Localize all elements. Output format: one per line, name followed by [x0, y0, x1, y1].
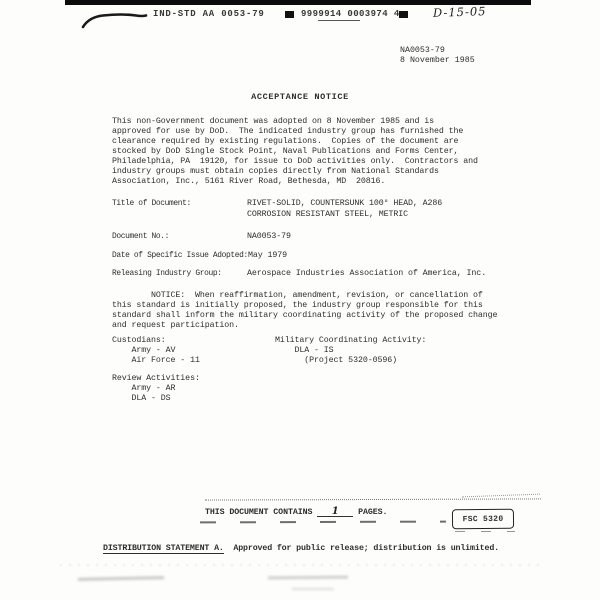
- pages-statement: THIS DOCUMENT CONTAINS 1 PAGES.: [205, 505, 387, 517]
- bottom-smudge-mark: [78, 576, 164, 581]
- document-date: 8 November 1985: [400, 56, 475, 66]
- field-value: NA0053-79: [247, 232, 291, 243]
- dash-row-mark: [200, 521, 446, 523]
- pages-statement-prefix: THIS DOCUMENT CONTAINS: [205, 508, 312, 517]
- page-count-blank: 1: [317, 505, 353, 517]
- review-activities-block: Review Activities: Army - AR DLA - DS: [112, 374, 200, 404]
- distribution-statement-heading: DISTRIBUTION STATEMENT A.: [103, 544, 224, 554]
- field-label: Document No.:: [112, 232, 247, 243]
- fsc-code-box: FSC 5320: [452, 509, 514, 530]
- distribution-statement: DISTRIBUTION STATEMENT A. Approved for p…: [103, 544, 499, 553]
- scanned-document-page: IND-STD AA 0053-79 9999914 0003974 4 D-1…: [0, 0, 600, 600]
- notice-paragraph: NOTICE: When reaffirmation, amendment, r…: [112, 291, 497, 331]
- document-number: NA0053-79: [400, 46, 475, 56]
- field-row-date-adopted: Date of Specific Issue Adopted: May 1979: [112, 251, 287, 262]
- barcode-underline-mark: [318, 20, 360, 21]
- dotted-separator-line: [462, 494, 540, 498]
- masthead: NA0053-79 8 November 1985: [400, 46, 475, 65]
- field-label: Title of Document:: [112, 199, 247, 220]
- handwritten-note: D-15-05: [433, 4, 487, 20]
- handwritten-swoosh-icon: [80, 8, 150, 32]
- field-row-title-of-document: Title of Document: RIVET-SOLID, COUNTERS…: [112, 199, 442, 220]
- field-label: Releasing Industry Group:: [112, 269, 247, 280]
- military-coordinating-activity-block: Military Coordinating Activity: DLA - IS…: [275, 336, 426, 366]
- intro-paragraph: This non-Government document was adopted…: [112, 117, 478, 187]
- fiche-header-code: IND-STD AA 0053-79: [153, 9, 265, 19]
- fiche-barcode-number: 9999914 0003974 4: [301, 9, 400, 19]
- field-value: Aerospace Industries Association of Amer…: [247, 269, 486, 280]
- scan-noise-mark: [60, 564, 540, 566]
- custodians-block: Custodians: Army - AV Air Force - 11: [112, 336, 200, 366]
- bottom-smudge-mark: [268, 576, 348, 579]
- separator-square-icon: [399, 11, 408, 18]
- field-row-document-no: Document No.: NA0053-79: [112, 232, 291, 243]
- bottom-smudge-mark: [292, 588, 334, 590]
- field-value: RIVET-SOLID, COUNTERSUNK 100° HEAD, A286…: [247, 199, 442, 220]
- page-title: ACCEPTANCE NOTICE: [0, 92, 600, 102]
- field-label: Date of Specific Issue Adopted:: [112, 251, 248, 262]
- field-row-releasing-industry-group: Releasing Industry Group: Aerospace Indu…: [112, 269, 486, 280]
- separator-square-icon: [285, 11, 294, 18]
- fsc-code-label: FSC 5320: [463, 514, 504, 523]
- distribution-statement-text: Approved for public release; distributio…: [224, 544, 499, 553]
- field-value: May 1979: [248, 251, 287, 262]
- dotted-separator-line: [205, 498, 541, 500]
- page-count-handwritten: 1: [332, 506, 339, 517]
- dash-row-mark: [455, 531, 515, 532]
- pages-statement-suffix: PAGES.: [358, 508, 387, 517]
